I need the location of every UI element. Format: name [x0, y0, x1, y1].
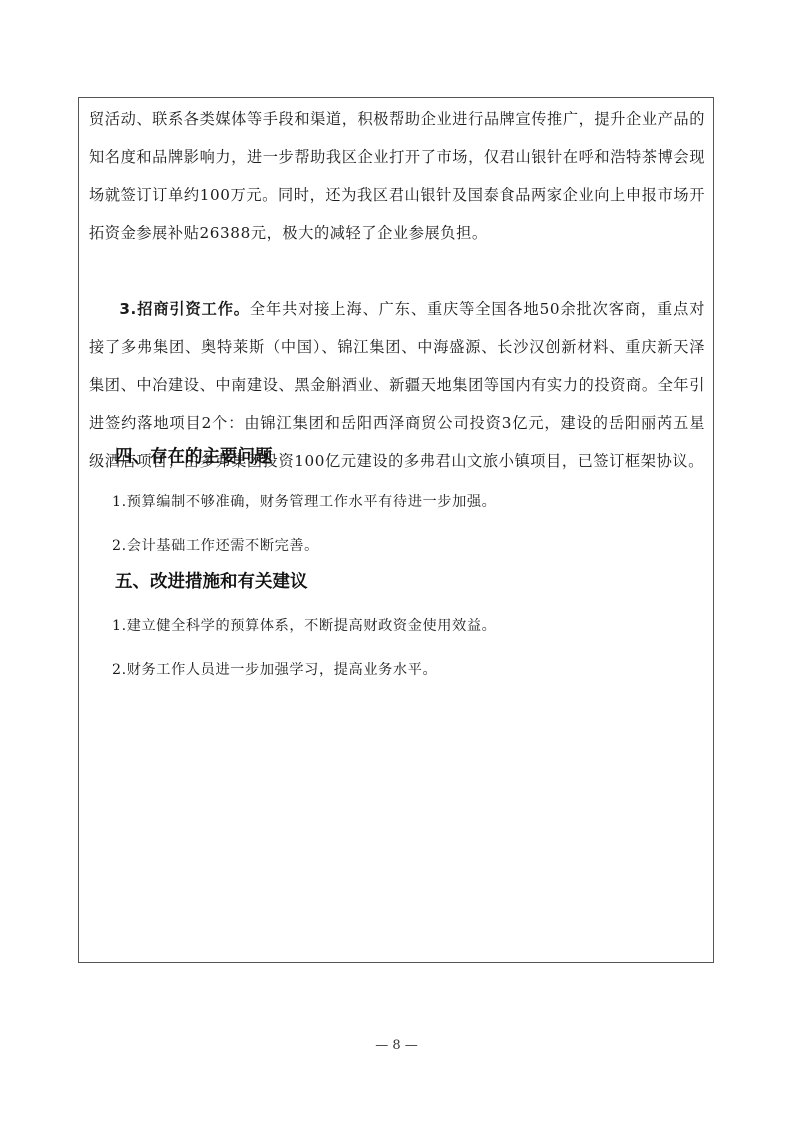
heading-main-problems: 四、存在的主要问题: [115, 443, 273, 468]
suggestion-item: 2.财务工作人员进一步加强学习，提高业务水平。: [112, 659, 437, 679]
suggestion-item: 1.建立健全科学的预算体系，不断提高财政资金使用效益。: [112, 615, 496, 635]
page-number: — 8 —: [0, 1038, 793, 1053]
problem-item: 2.会计基础工作还需不断完善。: [112, 535, 319, 555]
problem-item: 1.预算编制不够准确，财务管理工作水平有待进一步加强。: [112, 491, 496, 511]
content-table-frame: 贸活动、联系各类媒体等手段和渠道，积极帮助企业进行品牌宣传推广，提升企业产品的知…: [78, 97, 714, 963]
section-3-lead: 3.招商引资工作。: [119, 300, 250, 318]
heading-improvements: 五、改进措施和有关建议: [115, 568, 308, 593]
paragraph-continued: 贸活动、联系各类媒体等手段和渠道，积极帮助企业进行品牌宣传推广，提升企业产品的知…: [89, 100, 705, 252]
